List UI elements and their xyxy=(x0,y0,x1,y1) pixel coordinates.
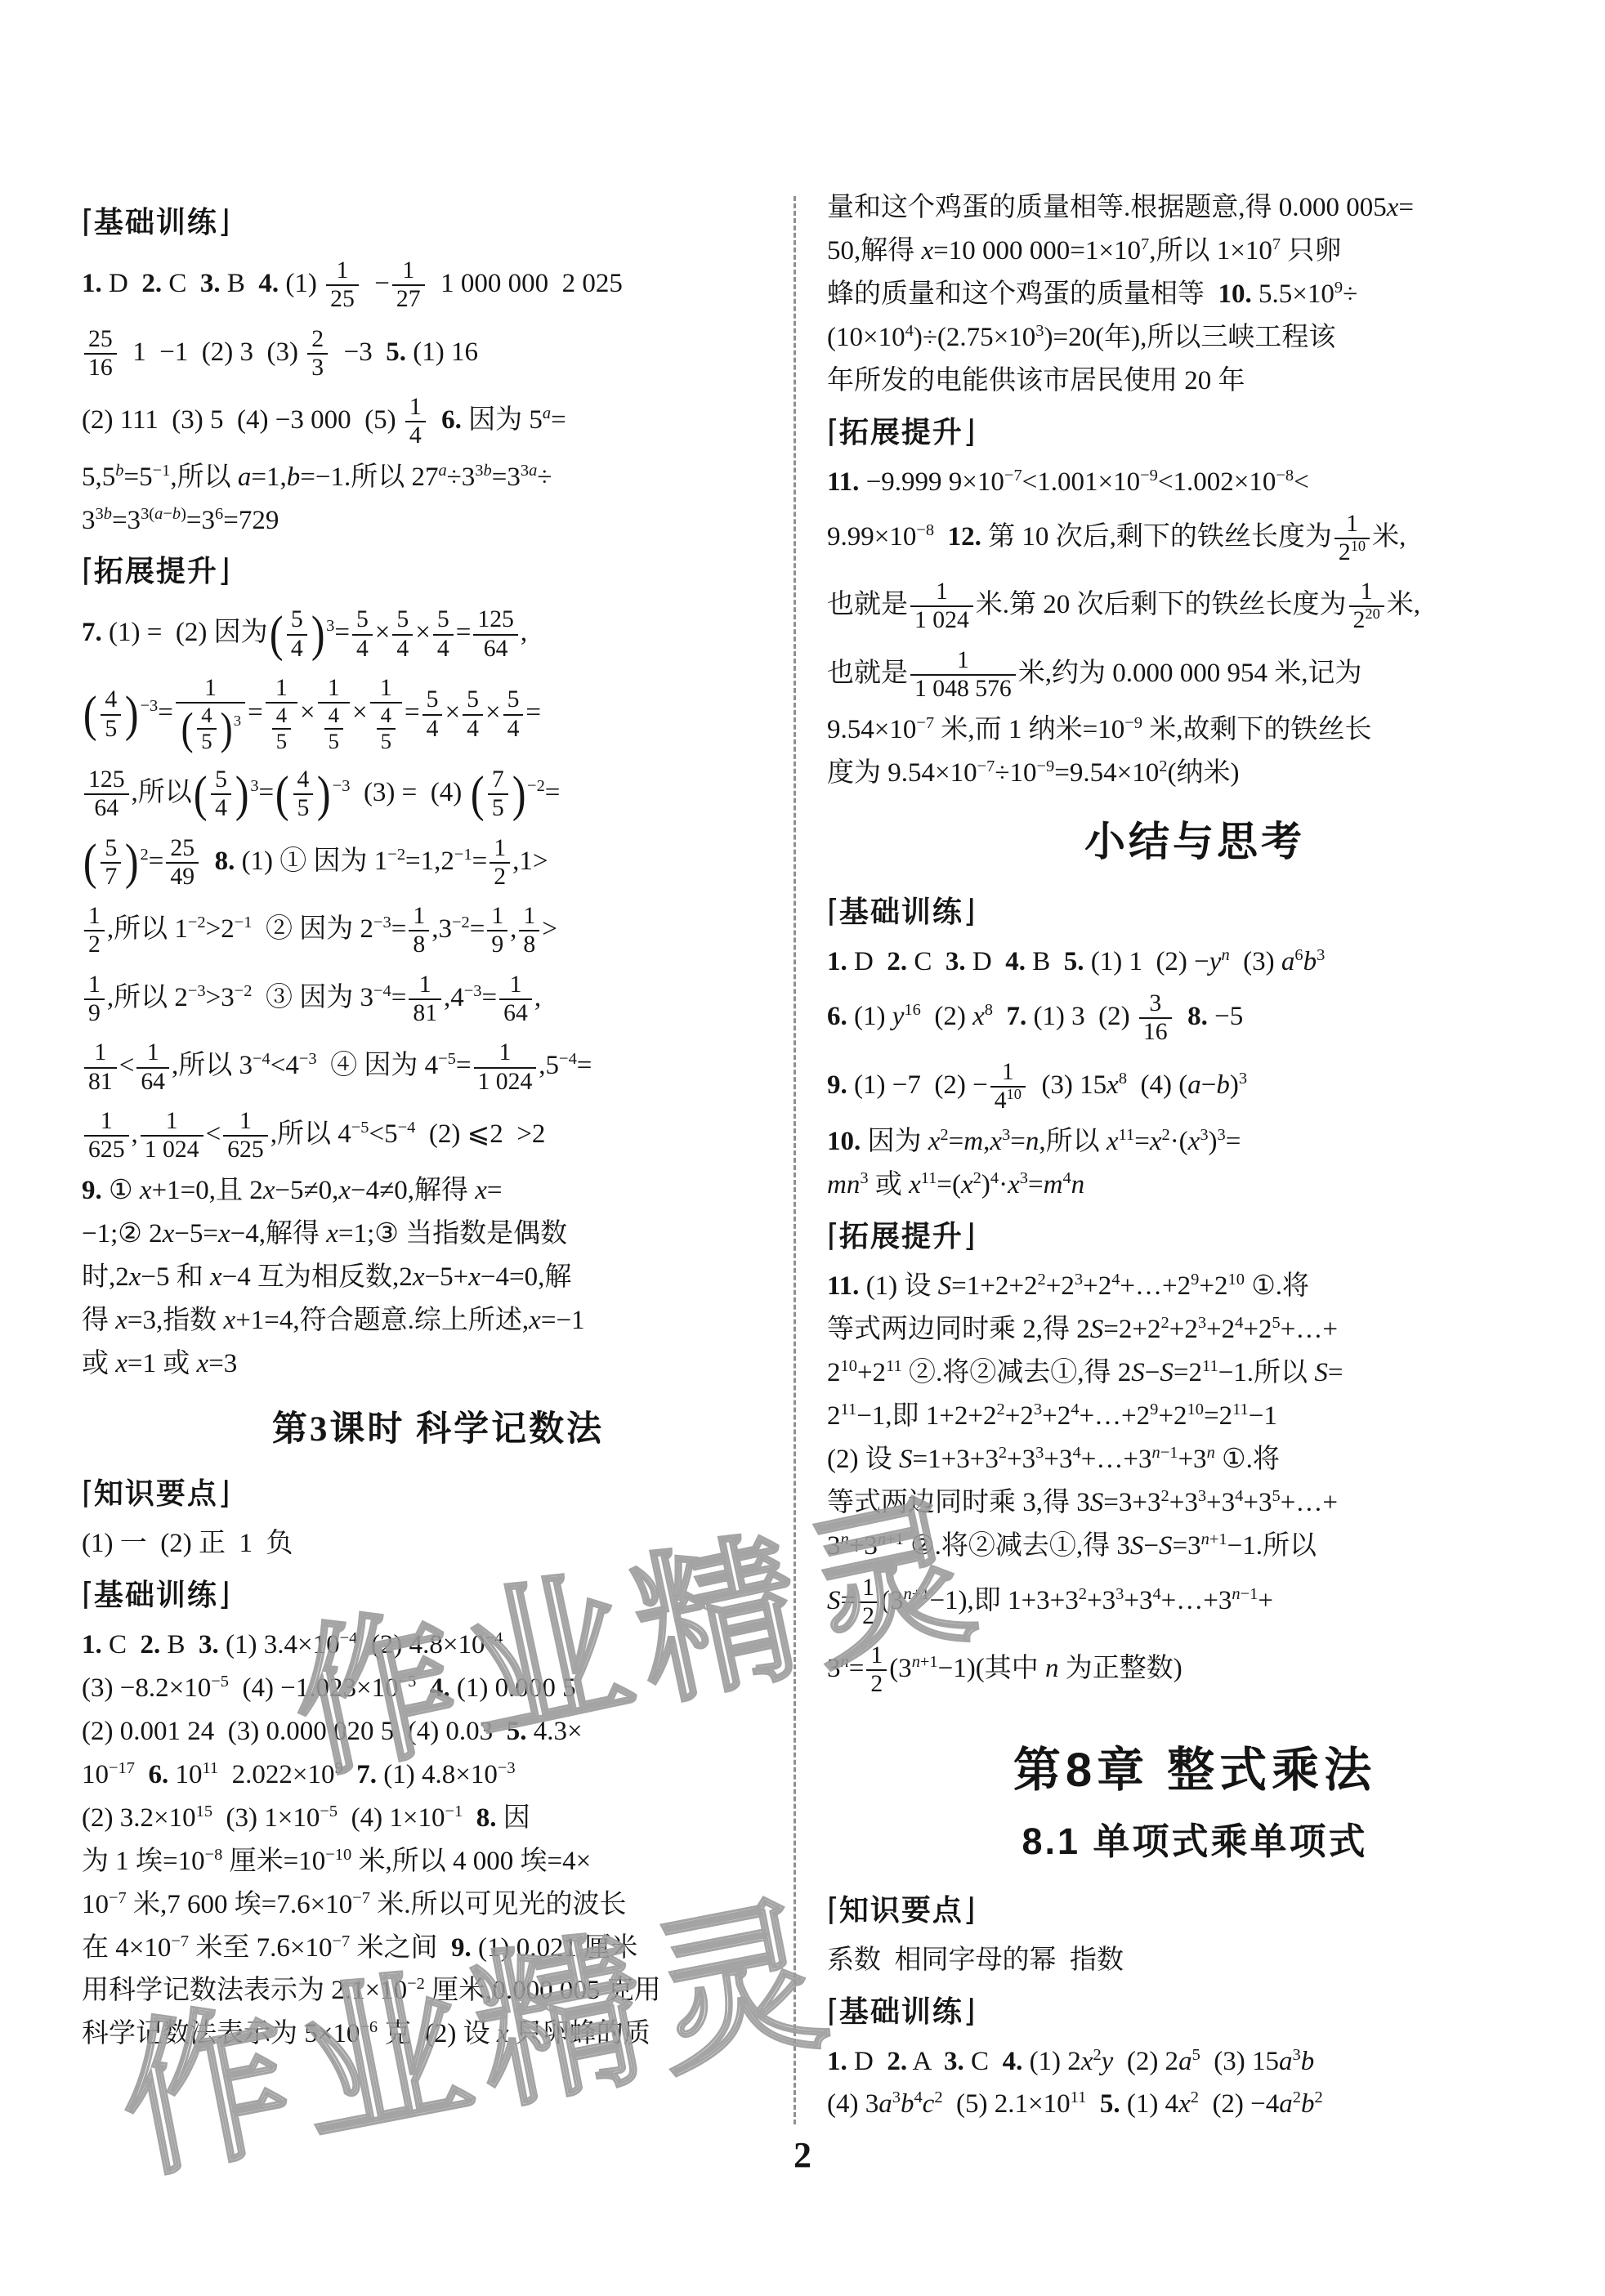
answer-line: 1. D 2. A 3. C 4. (1) 2x2y (2) 2a5 (3) 1… xyxy=(827,2047,1563,2078)
bracket-heading: ⌈知识要点⌋ xyxy=(82,1471,794,1512)
fraction: 19 xyxy=(487,903,507,959)
answer-line: (2) 3.2×1015 (3) 1×10−5 (4) 1×10−1 8. 因 xyxy=(82,1803,794,1834)
fraction: 316 xyxy=(1139,990,1172,1047)
fraction: 1625 xyxy=(84,1108,129,1164)
fraction: 127 xyxy=(392,257,425,314)
fraction: 145 xyxy=(266,675,297,754)
fraction: 181 xyxy=(84,1039,117,1096)
answer-line: (4) 3a3b4c2 (5) 2.1×1011 5. (1) 4x2 (2) … xyxy=(827,2089,1563,2120)
fraction: 54 xyxy=(211,766,231,823)
answer-line: 9. ① x+1=0,且 2x−5≠0,x−4≠0,解得 x= xyxy=(82,1176,794,1207)
answer-line: 量和这个鸡蛋的质量相等.根据题意,得 0.000 005x= xyxy=(827,193,1563,224)
fraction: 11 024 xyxy=(474,1039,537,1096)
answer-line: 1. D 2. C 3. B 4. (1) 125 −127 1 000 000… xyxy=(82,257,794,314)
column-divider xyxy=(794,196,796,2124)
fraction: 45 xyxy=(324,704,343,754)
bracket-heading: ⌈基础训练⌋ xyxy=(82,1572,794,1614)
bracket-heading: ⌈知识要点⌋ xyxy=(827,1887,1563,1929)
fraction: 1625 xyxy=(223,1108,268,1164)
fraction: 14 xyxy=(405,394,426,450)
fraction: 12564 xyxy=(473,606,518,663)
chapter-heading: 第8章 整式乘法 xyxy=(827,1731,1563,1800)
answer-line: (1) 一 (2) 正 1 负 xyxy=(82,1529,794,1560)
answer-line: 19,所以 2−3>3−2 ③ 因为 3−4=181,4−3=164, xyxy=(82,972,794,1028)
fraction: 125 xyxy=(326,257,359,314)
bracket-heading: ⌈基础训练⌋ xyxy=(827,1989,1563,2030)
fraction: 45 xyxy=(101,686,121,743)
fraction: 18 xyxy=(409,903,429,959)
fraction: 57 xyxy=(101,835,121,891)
answer-line: 得 x=3,指数 x+1=4,符合题意.综上所述,x=−1 xyxy=(82,1306,794,1337)
fraction: 18 xyxy=(519,903,539,959)
fraction: 54 xyxy=(433,606,454,663)
answer-line: 等式两边同时乘 2,得 2S=2+22+23+24+25+…+ xyxy=(827,1315,1563,1346)
bracket-heading: ⌈基础训练⌋ xyxy=(827,889,1563,931)
fraction: 145 xyxy=(370,675,402,754)
fraction: 12 xyxy=(84,903,105,959)
answer-line: 系数 相同字母的幂 指数 xyxy=(827,1945,1563,1977)
fraction: 11 024 xyxy=(910,578,973,635)
answer-line: (2) 0.001 24 (3) 0.000 020 5 (4) 0.03 5.… xyxy=(82,1717,794,1748)
answer-line: 10. 因为 x2=m,x3=n,所以 x11=x2·(x3)3= xyxy=(827,1127,1563,1158)
answer-line: 210+211 ②.将②减去①,得 2S−S=211−1.所以 S= xyxy=(827,1358,1563,1389)
fraction: 19 xyxy=(84,972,105,1028)
answer-line: 10−17 6. 1011 2.022×109 7. (1) 4.8×10−3 xyxy=(82,1760,794,1791)
answer-line: 11. −9.999 9×10−7<1.001×10−9<1.002×10−8< xyxy=(827,467,1563,498)
answer-line: (10×104)÷(2.75×103)=20(年),所以三峡工程该 xyxy=(827,323,1563,354)
answer-line: S=12(3n+1−1),即 1+3+32+33+34+…+3n−1+ xyxy=(827,1575,1563,1631)
fraction: 45 xyxy=(272,704,291,754)
answer-line: 9. (1) −7 (2) −1410 (3) 15x8 (4) (a−b)3 xyxy=(827,1059,1563,1115)
answer-line: 10−7 米,7 600 埃=7.6×10−7 米.所以可见光的波长 xyxy=(82,1890,794,1921)
answer-line: 1. D 2. C 3. D 4. B 5. (1) 1 (2) −yn (3)… xyxy=(827,947,1563,978)
answer-line: 3n=12(3n+1−1)(其中 n 为正整数) xyxy=(827,1642,1563,1699)
answer-line: 5,5b=5−1,所以 a=1,b=−1.所以 27a÷33b=33a÷ xyxy=(82,462,794,494)
answer-line: 9.99×10−8 12. 第 10 次后,剩下的铁丝长度为1210米, xyxy=(827,511,1563,567)
answer-line: 3n+3n+1 ②.将②减去①,得 3S−S=3n+1−1.所以 xyxy=(827,1531,1563,1562)
fraction: 54 xyxy=(463,686,483,743)
answer-line: (2) 111 (3) 5 (4) −3 000 (5) 14 6. 因为 5a… xyxy=(82,394,794,450)
answer-line: (45)−3=1(45)3=145×145×145=54×54×54= xyxy=(82,675,794,754)
right-column: 量和这个鸡蛋的质量相等.根据题意,得 0.000 005x=50,解得 x=10… xyxy=(827,193,1563,2133)
answer-line: 在 4×10−7 米至 7.6×10−7 米之间 9. (1) 0.021 厘米 xyxy=(82,1933,794,1964)
answer-line: 211−1,即 1+2+22+23+24+…+29+210=211−1 xyxy=(827,1401,1563,1432)
fraction: 75 xyxy=(488,766,508,823)
fraction: 1(45)3 xyxy=(176,675,245,754)
answer-line: 1625,11 024<1625,所以 4−5<5−4 (2) ⩽2 >2 xyxy=(82,1108,794,1164)
answer-line: −1;② 2x−5=x−4,解得 x=1;③ 当指数是偶数 xyxy=(82,1219,794,1250)
fraction: 12 xyxy=(866,1642,887,1699)
answer-line: 科学记数法表示为 5×10−6 克 (2) 设 x 只卵蜂的质 xyxy=(82,2019,794,2050)
answer-line: (2) 设 S=1+3+32+33+34+…+3n−1+3n ①.将 xyxy=(827,1445,1563,1476)
fraction: 2516 xyxy=(84,326,117,382)
answer-line: 度为 9.54×10−7÷10−9=9.54×102(纳米) xyxy=(827,758,1563,789)
fraction: 2549 xyxy=(166,835,199,891)
answer-line: 33b=33(a−b)=36=729 xyxy=(82,506,794,537)
fraction: 181 xyxy=(409,972,441,1028)
answer-line: 蜂的质量和这个鸡蛋的质量相等 10. 5.5×109÷ xyxy=(827,279,1563,310)
answer-line: 等式两边同时乘 3,得 3S=3+32+33+34+35+…+ xyxy=(827,1488,1563,1519)
lesson-heading: 第3课时 科学记数法 xyxy=(82,1401,794,1451)
fraction: 145 xyxy=(318,675,350,754)
fraction: 11 048 576 xyxy=(910,647,1016,704)
answer-line: 1. C 2. B 3. (1) 3.4×10−4 (2) 4.8×10−4 xyxy=(82,1630,794,1661)
fraction: 54 xyxy=(503,686,524,743)
answer-line: (57)2=2549 8. (1) ① 因为 1−2=1,2−1=12,1> xyxy=(82,835,794,891)
bracket-heading: ⌈拓展提升⌋ xyxy=(827,1213,1563,1255)
answer-line: 50,解得 x=10 000 000=1×107,所以 1×107 只卵 xyxy=(827,236,1563,267)
fraction: 12564 xyxy=(84,766,129,823)
answer-line: 用科学记数法表示为 2.1×10−2 厘米,0.000 005 克用 xyxy=(82,1976,794,2007)
answer-line: 为 1 埃=10−8 厘米=10−10 米,所以 4 000 埃=4× xyxy=(82,1847,794,1878)
bracket-heading: ⌈拓展提升⌋ xyxy=(82,548,794,590)
answer-line: 7. (1) = (2) 因为(54)3=54×54×54=12564, xyxy=(82,606,794,663)
fraction: 1410 xyxy=(990,1059,1026,1115)
fraction: 45 xyxy=(377,704,396,754)
fraction: 23 xyxy=(307,326,328,382)
fraction: 54 xyxy=(352,606,373,663)
answer-line: 181<164,所以 3−4<4−3 ④ 因为 4−5=11 024,5−4= xyxy=(82,1039,794,1096)
answer-line: 12,所以 1−2>2−1 ② 因为 2−3=18,3−2=19,18> xyxy=(82,903,794,959)
answer-line: 12564,所以(54)3=(45)−3 (3) = (4) (75)−2= xyxy=(82,766,794,823)
page-number: 2 xyxy=(0,2134,1605,2176)
left-column: ⌈基础训练⌋1. D 2. C 3. B 4. (1) 125 −127 1 0… xyxy=(82,193,794,2062)
subsection-heading: 8.1 单项式乘单项式 xyxy=(827,1811,1563,1865)
answer-line: 6. (1) y16 (2) x8 7. (1) 3 (2) 316 8. −5 xyxy=(827,990,1563,1047)
fraction: 12 xyxy=(858,1575,879,1631)
fraction: 45 xyxy=(293,766,314,823)
answer-line: 或 x=1 或 x=3 xyxy=(82,1349,794,1380)
answer-line: 11. (1) 设 S=1+2+22+23+24+…+29+210 ①.将 xyxy=(827,1271,1563,1302)
answer-line: 也就是11 024米.第 20 次后剩下的铁丝长度为1220米, xyxy=(827,578,1563,635)
fraction: 54 xyxy=(392,606,413,663)
fraction: 11 024 xyxy=(141,1108,203,1164)
fraction: 1220 xyxy=(1349,578,1384,635)
fraction: 1210 xyxy=(1335,511,1370,567)
answer-line: mn3 或 x11=(x2)4·x3=m4n xyxy=(827,1170,1563,1201)
section-heading: 小结与思考 xyxy=(827,809,1563,868)
fraction: 54 xyxy=(287,606,307,663)
answer-line: (3) −8.2×10−5 (4) −1.023×10−5 4. (1) 0.0… xyxy=(82,1673,794,1704)
fraction: 164 xyxy=(499,972,532,1028)
fraction: 12 xyxy=(490,835,510,891)
answer-line: 9.54×10−7 米,而 1 纳米=10−9 米,故剩下的铁丝长 xyxy=(827,715,1563,746)
fraction: 164 xyxy=(136,1039,169,1096)
fraction: 45 xyxy=(197,704,216,754)
answer-line: 时,2x−5 和 x−4 互为相反数,2x−5+x−4=0,解 xyxy=(82,1262,794,1293)
answer-line: 2516 1 −1 (2) 3 (3) 23 −3 5. (1) 16 xyxy=(82,326,794,382)
answer-line: 年所发的电能供该市居民使用 20 年 xyxy=(827,366,1563,397)
bracket-heading: ⌈拓展提升⌋ xyxy=(827,409,1563,451)
fraction: 54 xyxy=(422,686,443,743)
answer-line: 也就是11 048 576米,约为 0.000 000 954 米,记为 xyxy=(827,647,1563,704)
bracket-heading: ⌈基础训练⌋ xyxy=(82,199,794,241)
